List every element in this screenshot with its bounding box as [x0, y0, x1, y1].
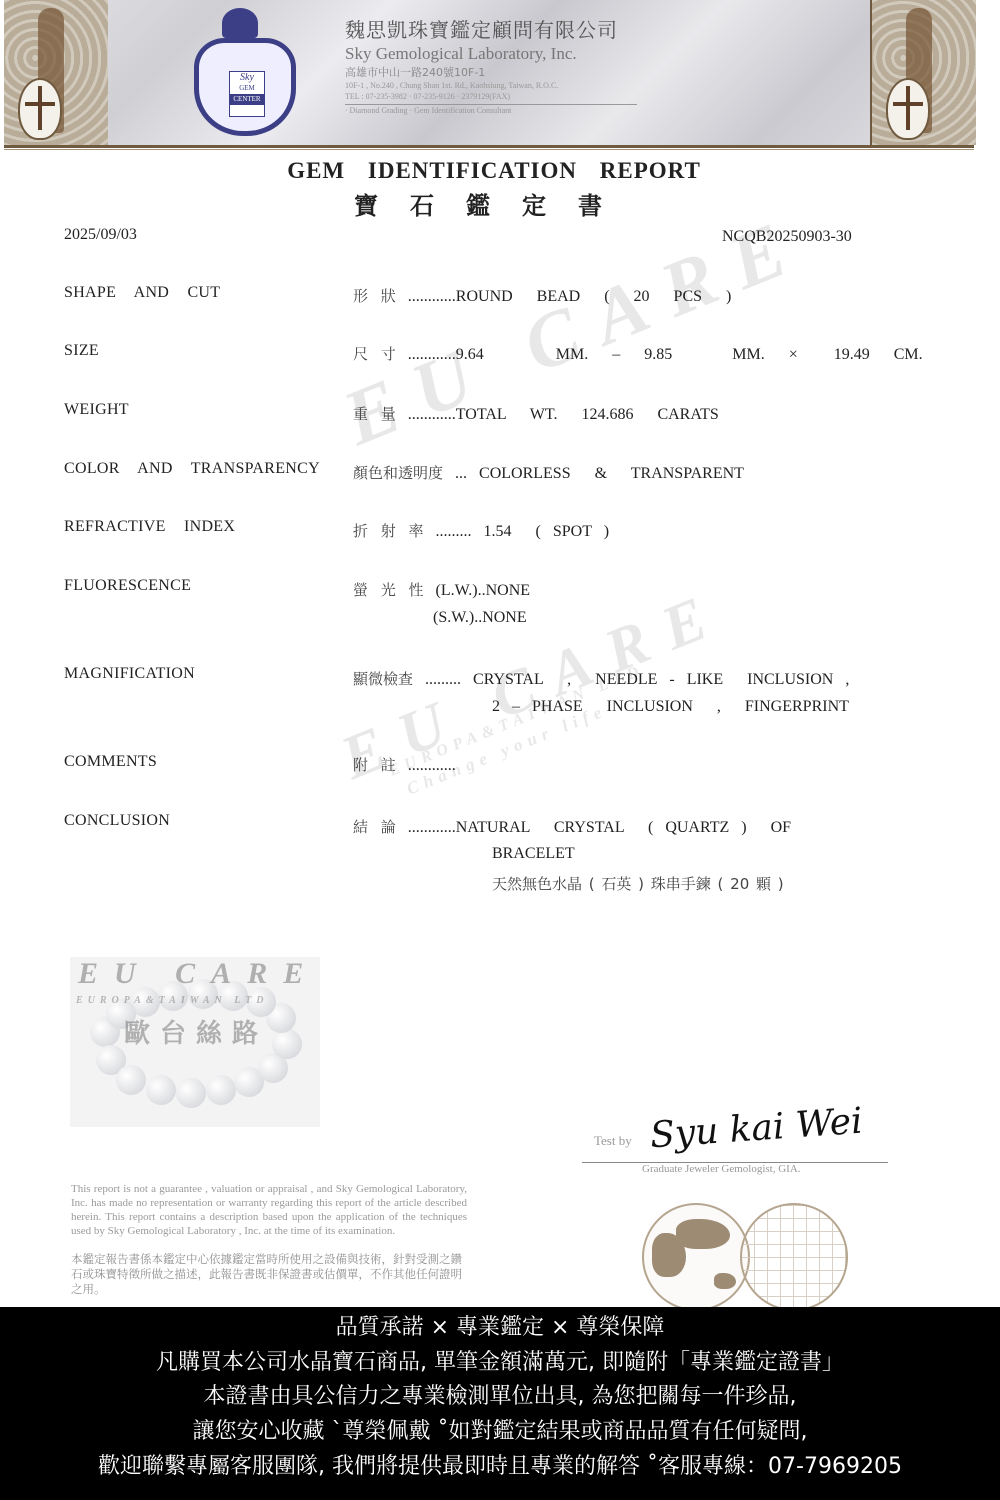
header-rule-thin	[4, 149, 974, 150]
photo-watermark-subtitle: EUROPA&TAIWAN LTD	[76, 995, 269, 1006]
footer-line-2: 本證書由具公信力之專業檢測單位出具, 為您把關每一件珍品,	[0, 1379, 1000, 1410]
field-label-weight: WEIGHT	[64, 401, 129, 419]
test-by-label: Test by	[594, 1133, 632, 1149]
company-info: 魏思凱珠寶鑑定顧問有限公司 Sky Gemological Laboratory…	[345, 14, 705, 116]
cross-shield-icon	[886, 78, 930, 140]
footer-line-1: 凡購買本公司水晶寶石商品, 單筆金額滿萬元, 即隨附「專業鑑定證書」	[0, 1345, 1000, 1376]
knight-panel-left	[4, 0, 108, 145]
globe-icon-east	[642, 1203, 750, 1311]
field-value-fluorescence-sw: (S.W.)..NONE	[433, 609, 527, 627]
gemologist-title: Graduate Jeweler Gemologist, GIA.	[642, 1163, 801, 1175]
field-value-color: 顏色和透明度 ... COLORLESS & TRANSPARENT	[353, 462, 744, 483]
company-name-cn: 魏思凱珠寶鑑定顧問有限公司	[345, 14, 705, 43]
field-value-magnification-1: 顯微檢查 ......... CRYSTAL , NEEDLE - LIKE I…	[353, 668, 849, 689]
field-value-size: 尺 寸 ............9.64 MM. – 9.85 MM. × 19…	[353, 343, 923, 364]
footer-line-4: 歡迎聯繫專屬客服團隊, 我們將提供最即時且專業的解答 ˚客服專線：07-7969…	[0, 1449, 1000, 1480]
field-label-conclusion: CONCLUSION	[64, 812, 170, 830]
field-value-comments: 附 註 ............	[353, 754, 456, 775]
disclaimer-cn: 本鑑定報告書係本鑑定中心依據鑑定當時所使用之設備與技術，針對受測之鑽石或珠寶特徵…	[71, 1252, 467, 1297]
bracelet-photo: EU CARE EUROPA&TAIWAN LTD 歐台絲路	[70, 957, 320, 1127]
cross-shield-icon	[18, 78, 62, 140]
field-value-magnification-2: 2 – PHASE INCLUSION , FINGERPRINT	[492, 698, 849, 716]
field-label-size: SIZE	[64, 342, 99, 360]
field-value-conclusion-2: BRACELET	[492, 845, 575, 863]
company-services: ‧ Diamond Grading ‧ Gem Identification C…	[345, 105, 705, 116]
photo-watermark-cn: 歐台絲路	[124, 1013, 268, 1050]
crest-text-sky: Sky	[230, 72, 264, 83]
disclaimer-en: This report is not a guarantee , valuati…	[71, 1182, 467, 1238]
field-label-shape: SHAPE AND CUT	[64, 284, 220, 302]
footer-line-3: 讓您安心收藏 ˋ尊榮佩戴 ˚如對鑑定結果或商品品質有任何疑問,	[0, 1414, 1000, 1445]
sky-gem-center-crest: Sky GEM CENTER	[190, 8, 290, 128]
photo-watermark-brand: EU CARE	[78, 957, 319, 991]
field-value-conclusion-1: 結 論 ............NATURAL CRYSTAL ( QUARTZ…	[353, 816, 791, 837]
crown-icon	[222, 8, 258, 38]
field-label-comments: COMMENTS	[64, 753, 157, 771]
report-number: NCQB20250903-30	[722, 228, 852, 246]
company-phone: TEL : 07-235-3982 ‧ 07-235-9126 ‧ 237912…	[345, 91, 705, 102]
company-address-en: 10F-1 , No.240 , Chung Shan 1st. Rd., Ka…	[345, 80, 705, 91]
field-value-refractive-index: 折 射 率 ......... 1.54 ( SPOT )	[353, 520, 609, 541]
company-name-en: Sky Gemological Laboratory, Inc.	[345, 44, 705, 64]
promo-footer: 品質承諾 × 專業鑑定 × 尊榮保障 凡購買本公司水晶寶石商品, 單筆金額滿萬元…	[0, 1307, 1000, 1500]
field-value-conclusion-cn: 天然無色水晶 ( 石英 ) 珠串手鍊 ( 20 顆 )	[492, 873, 784, 894]
field-label-fluorescence: FLUORESCENCE	[64, 577, 191, 595]
field-label-refractive-index: REFRACTIVE INDEX	[64, 518, 235, 536]
company-address-cn: 高雄市中山一路240號10F-1	[345, 64, 705, 80]
field-label-magnification: MAGNIFICATION	[64, 665, 195, 683]
crest-shield-icon: Sky GEM CENTER	[194, 38, 296, 136]
field-value-weight: 重 量 ............TOTAL WT. 124.686 CARATS	[353, 403, 719, 424]
signature: Syu kai Wei	[649, 1101, 864, 1157]
field-label-color: COLOR AND TRANSPARENCY	[64, 460, 320, 478]
field-value-shape: 形 狀 ............ROUND BEAD ( 20 PCS )	[353, 285, 731, 306]
crest-text-gem: GEM	[230, 83, 264, 94]
footer-headline: 品質承諾 × 專業鑑定 × 尊榮保障	[0, 1310, 1000, 1341]
report-title-cn: 寶石鑑定書	[0, 186, 988, 221]
report-date: 2025/09/03	[64, 226, 137, 244]
knight-panel-right	[870, 0, 976, 145]
globe-icon-west	[740, 1203, 848, 1311]
crest-text-center: CENTER	[230, 94, 264, 105]
report-title: GEM IDENTIFICATION REPORT	[0, 158, 988, 184]
field-value-fluorescence-lw: 螢 光 性 (L.W.)..NONE	[353, 579, 530, 600]
header-rule	[4, 145, 974, 148]
